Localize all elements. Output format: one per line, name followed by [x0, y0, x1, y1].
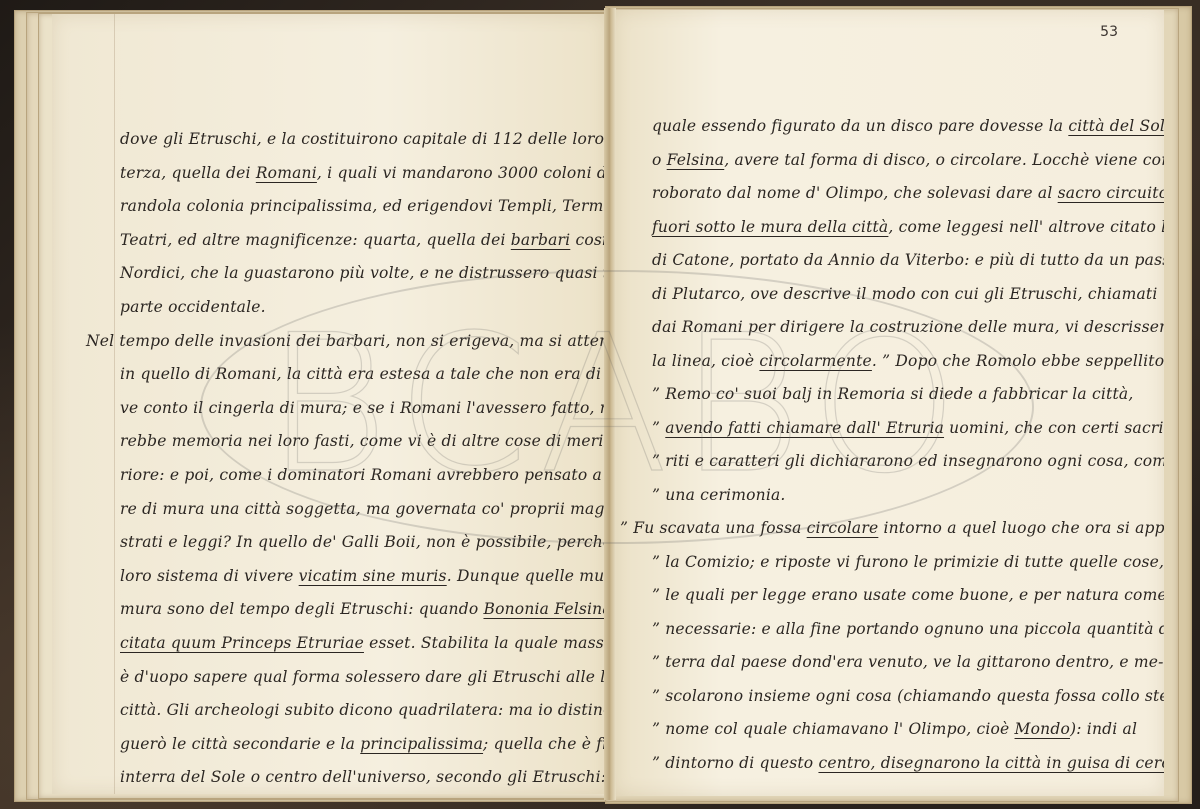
manuscript-line: ” Remo co' suoi balj in Remoria si diede… — [652, 385, 1133, 403]
text-run: intorno a quel luogo che ora si appel- — [878, 519, 1164, 537]
underlined-text: barbari — [511, 231, 571, 249]
book-gutter — [604, 8, 616, 800]
manuscript-line: o Felsina, avere tal forma di disco, o c… — [652, 151, 1164, 169]
text-run: ” scolarono insieme ogni cosa (chiamando… — [652, 687, 1164, 705]
manuscript-line: terza, quella dei Romani, i quali vi man… — [120, 164, 608, 182]
text-run: dai Romani per dirigere la costruzione d… — [652, 318, 1164, 336]
text-run: . ” Dopo che Romolo ebbe seppellito — [872, 352, 1164, 370]
underlined-text: Mondo — [1015, 720, 1070, 738]
left-page: dove gli Etruschi, e la costituirono cap… — [52, 14, 608, 794]
underlined-text: avendo fatti chiamare dall' Etruria — [665, 419, 944, 437]
underlined-text: principalissima — [360, 735, 483, 753]
manuscript-line: loro sistema di vivere vicatim sine muri… — [120, 567, 608, 585]
underlined-text: centro, disegnarono la città in guisa di… — [818, 754, 1164, 772]
text-run: roborato dal nome d' Olimpo, che solevas… — [652, 184, 1058, 202]
manuscript-line: città. Gli archeologi subito dicono quad… — [120, 701, 608, 719]
manuscript-line: di Catone, portato da Annio da Viterbo: … — [652, 251, 1164, 269]
text-run: Nel tempo delle invasioni dei barbari, n… — [86, 332, 608, 350]
text-run: ” Remo co' suoi balj in Remoria si diede… — [652, 385, 1133, 403]
underlined-text: fuori sotto le mura della città — [652, 218, 888, 236]
manuscript-line: è d'uopo sapere qual forma solessero dar… — [120, 668, 608, 686]
text-run: , i quali vi mandarono 3000 coloni dichi… — [317, 164, 608, 182]
text-run: di Catone, portato da Annio da Viterbo: … — [652, 251, 1164, 269]
text-run: o — [652, 151, 667, 169]
text-run: quale essendo figurato da un disco pare … — [652, 117, 1068, 135]
manuscript-line: quale essendo figurato da un disco pare … — [652, 117, 1164, 135]
underlined-text: Felsina — [667, 151, 725, 169]
text-run: la linea, cioè — [652, 352, 759, 370]
text-run: loro sistema di vivere — [120, 567, 299, 585]
manuscript-line: ” le quali per legge erano usate come bu… — [652, 586, 1164, 604]
manuscript-line: parte occidentale. — [120, 298, 266, 316]
text-run: città. Gli archeologi subito dicono quad… — [120, 701, 608, 719]
manuscript-line: in quello di Romani, la città era estesa… — [120, 365, 608, 383]
underlined-text: sacro circuito di — [1058, 184, 1164, 202]
text-run: strati e leggi? In quello de' Galli Boii… — [120, 533, 608, 551]
text-run: cosidetti, o — [570, 231, 608, 249]
manuscript-line: ” una cerimonia. — [652, 486, 786, 504]
manuscript-line: Teatri, ed altre magnificenze: quarta, q… — [120, 231, 608, 249]
text-run: ; quella che è figura — [483, 735, 608, 753]
manuscript-line: ve conto il cingerla di mura; e se i Rom… — [120, 399, 608, 417]
underlined-text: Romani — [256, 164, 317, 182]
text-run: guerò le città secondarie e la — [120, 735, 360, 753]
manuscript-line: guerò le città secondarie e la principal… — [120, 735, 608, 753]
manuscript-line: ” necessarie: e alla fine portando ognun… — [652, 620, 1164, 638]
text-run: , avere tal forma di disco, o circolare.… — [724, 151, 1164, 169]
text-run: interra del Sole o centro dell'universo,… — [120, 768, 608, 786]
text-run: dove gli Etruschi, e la costituirono cap… — [120, 130, 608, 148]
manuscript-line: strati e leggi? In quello de' Galli Boii… — [120, 533, 608, 551]
manuscript-line: ” riti e caratteri gli dichiararono ed i… — [652, 452, 1164, 470]
text-run: Nordici, che la guastarono più volte, e … — [120, 264, 608, 282]
text-run: parte occidentale. — [120, 298, 266, 316]
manuscript-line: citata quum Princeps Etruriae esset. Sta… — [120, 634, 608, 652]
text-run: ” terra dal paese dond'era venuto, ve la… — [652, 653, 1164, 671]
text-run: di Plutarco, ove descrive il modo con cu… — [652, 285, 1158, 303]
manuscript-line: la linea, cioè circolarmente. ” Dopo che… — [652, 352, 1164, 370]
text-run: ” necessarie: e alla fine portando ognun… — [652, 620, 1164, 638]
manuscript-line: ” dintorno di questo centro, disegnarono… — [652, 754, 1164, 772]
manuscript-line: re di mura una città soggetta, ma govern… — [120, 500, 608, 518]
text-run: Teatri, ed altre magnificenze: quarta, q… — [120, 231, 511, 249]
manuscript-line: randola colonia principalissima, ed erig… — [120, 197, 608, 215]
manuscript-line: mura sono del tempo degli Etruschi: quan… — [120, 600, 608, 618]
manuscript-line: ” scolarono insieme ogni cosa (chiamando… — [652, 687, 1164, 705]
underlined-text: vicatim sine muris — [299, 567, 447, 585]
text-run: riore: e poi, come i dominatori Romani a… — [120, 466, 608, 484]
underlined-text: circolare — [807, 519, 879, 537]
text-run: ” riti e caratteri gli dichiararono ed i… — [652, 452, 1164, 470]
text-run: randola colonia principalissima, ed erig… — [120, 197, 608, 215]
text-run: terza, quella dei — [120, 164, 256, 182]
manuscript-line: di Plutarco, ove descrive il modo con cu… — [652, 285, 1158, 303]
text-run: ” Fu scavata una fossa — [620, 519, 807, 537]
manuscript-line: ” terra dal paese dond'era venuto, ve la… — [652, 653, 1164, 671]
text-run: ” nome col quale chiamavano l' Olimpo, c… — [652, 720, 1015, 738]
right-page: 53 quale essendo figurato da un disco pa… — [612, 10, 1164, 796]
manuscript-line: Nel tempo delle invasioni dei barbari, n… — [86, 332, 608, 350]
text-run: ” la Comizio; e riposte vi furono le pri… — [652, 553, 1164, 571]
text-run: uomini, che con certi sacri — [944, 419, 1164, 437]
text-run: è d'uopo sapere qual forma solessero dar… — [120, 668, 608, 686]
manuscript-line: Nordici, che la guastarono più volte, e … — [120, 264, 608, 282]
text-run: , come leggesi nell' altrove citato libr… — [888, 218, 1164, 236]
underlined-text: città del Sole — [1068, 117, 1164, 135]
manuscript-line: ” la Comizio; e riposte vi furono le pri… — [652, 553, 1164, 571]
page-number: 53 — [1100, 24, 1118, 40]
manuscript-line: ” Fu scavata una fossa circolare intorno… — [620, 519, 1164, 537]
text-run: ” dintorno di questo — [652, 754, 818, 772]
underlined-text: circolarmente — [759, 352, 872, 370]
text-run: mura sono del tempo degli Etruschi: quan… — [120, 600, 483, 618]
manuscript-line: ” avendo fatti chiamare dall' Etruria uo… — [652, 419, 1164, 437]
manuscript-line: riore: e poi, come i dominatori Romani a… — [120, 466, 608, 484]
manuscript-line: interra del Sole o centro dell'universo,… — [120, 768, 608, 786]
manuscript-line: dove gli Etruschi, e la costituirono cap… — [120, 130, 608, 148]
text-run: ve conto il cingerla di mura; e se i Rom… — [120, 399, 608, 417]
text-run: ): indi al — [1070, 720, 1137, 738]
text-run: ” una cerimonia. — [652, 486, 786, 504]
text-run: . Dunque quelle mura — [447, 567, 608, 585]
manuscript-line: roborato dal nome d' Olimpo, che solevas… — [652, 184, 1164, 202]
margin-rule — [114, 14, 115, 794]
manuscript-line: fuori sotto le mura della città, come le… — [652, 218, 1164, 236]
manuscript-line: rebbe memoria nei loro fasti, come vi è … — [120, 432, 608, 450]
text-run: ” — [652, 419, 665, 437]
text-run: re di mura una città soggetta, ma govern… — [120, 500, 608, 518]
text-run: rebbe memoria nei loro fasti, come vi è … — [120, 432, 608, 450]
underlined-text: citata quum Princeps Etruriae — [120, 634, 364, 652]
text-run: esset. Stabilita la quale massima — [364, 634, 608, 652]
manuscript-line: ” nome col quale chiamavano l' Olimpo, c… — [652, 720, 1137, 738]
manuscript-line: dai Romani per dirigere la costruzione d… — [652, 318, 1164, 336]
underlined-text: Bononia Felsina — [483, 600, 608, 618]
text-run: ” le quali per legge erano usate come bu… — [652, 586, 1164, 604]
text-run: in quello di Romani, la città era estesa… — [120, 365, 608, 383]
